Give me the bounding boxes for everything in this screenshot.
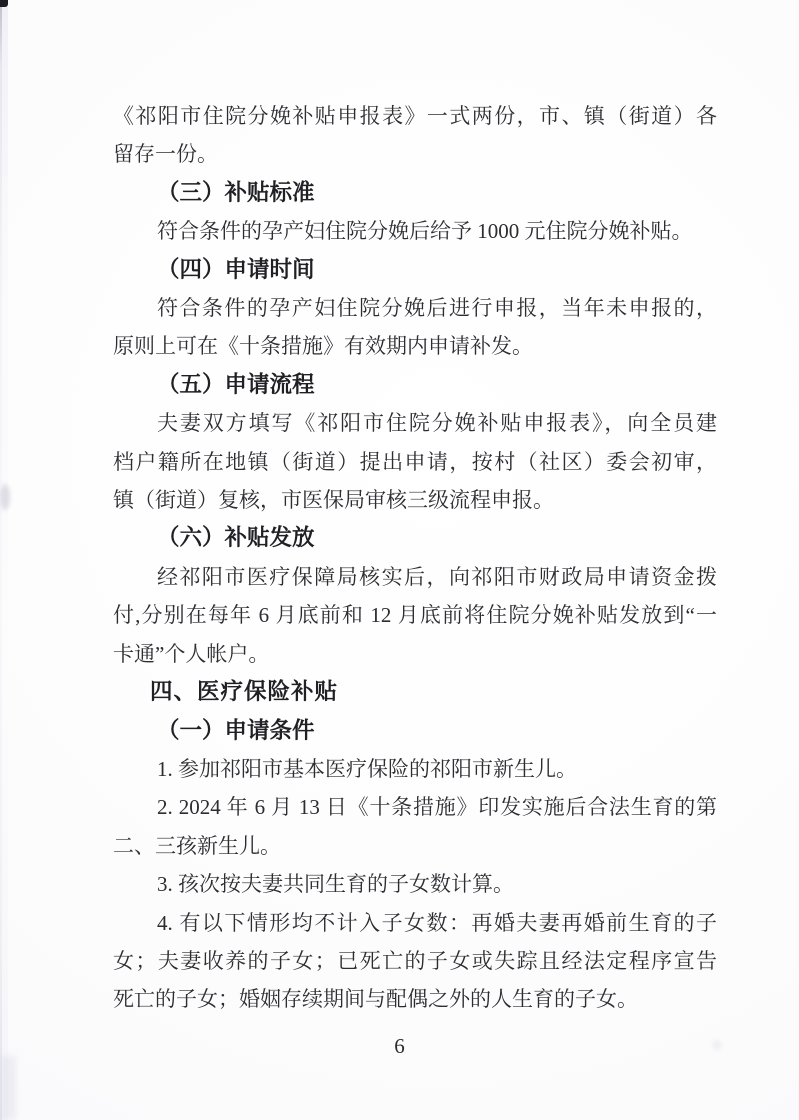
doc-text-line: 死亡的子女；婚姻存续期间与配偶之外的人生育的子女。 bbox=[113, 980, 717, 1018]
doc-text-line: 夫妻双方填写《祁阳市住院分娩补贴申报表》，向全员建 bbox=[113, 404, 717, 442]
scan-edge-band bbox=[2, 0, 8, 1120]
doc-text-line: 留存一份。 bbox=[113, 135, 717, 173]
doc-text-line: 《祁阳市住院分娩补贴申报表》一式两份，市、镇（街道）各 bbox=[113, 97, 717, 135]
scan-corner-mark bbox=[0, 0, 8, 7]
doc-text-line: 二、三孩新生儿。 bbox=[113, 827, 717, 865]
doc-text-line: 符合条件的孕产妇住院分娩后进行申报，当年未申报的， bbox=[113, 289, 717, 327]
doc-text-line: 镇（街道）复核，市医保局审核三级流程申报。 bbox=[113, 481, 717, 519]
section-heading: 四、医疗保险补贴 bbox=[113, 673, 717, 711]
doc-text-line: 符合条件的孕产妇住院分娩后给予 1000 元住院分娩补贴。 bbox=[113, 212, 717, 250]
doc-text-line: 1. 参加祁阳市基本医疗保险的祁阳市新生儿。 bbox=[113, 750, 717, 788]
section-heading: （一）申请条件 bbox=[113, 712, 717, 750]
section-heading: （五）申请流程 bbox=[113, 366, 717, 404]
scan-edge-line bbox=[0, 0, 2, 1120]
doc-text-line: 3. 孩次按夫妻共同生育的子女数计算。 bbox=[113, 865, 717, 903]
doc-text-line: 卡通”个人帐户。 bbox=[113, 635, 717, 673]
doc-text-line: 经祁阳市医疗保障局核实后，向祁阳市财政局申请资金拨 bbox=[113, 558, 717, 596]
scanned-document-page: 《祁阳市住院分娩补贴申报表》一式两份，市、镇（街道）各留存一份。（三）补贴标准符… bbox=[0, 0, 799, 1120]
document-body: 《祁阳市住院分娩补贴申报表》一式两份，市、镇（街道）各留存一份。（三）补贴标准符… bbox=[113, 97, 717, 1019]
doc-text-line: 付,分别在每年 6 月底前和 12 月底前将住院分娩补贴发放到“一 bbox=[113, 596, 717, 634]
scan-smudge-bottom bbox=[0, 1056, 16, 1120]
doc-text-line: 4. 有以下情形均不计入子女数：再婚夫妻再婚前生育的子 bbox=[113, 904, 717, 942]
section-heading: （四）申请时间 bbox=[113, 251, 717, 289]
page-number: 6 bbox=[0, 1033, 799, 1059]
doc-text-line: 原则上可在《十条措施》有效期内申请补发。 bbox=[113, 327, 717, 365]
doc-text-line: 女；夫妻收养的子女；已死亡的子女或失踪且经法定程序宣告 bbox=[113, 942, 717, 980]
section-heading: （三）补贴标准 bbox=[113, 174, 717, 212]
doc-text-line: 档户籍所在地镇（街道）提出申请，按村（社区）委会初审， bbox=[113, 443, 717, 481]
doc-text-line: 2. 2024 年 6 月 13 日《十条措施》印发实施后合法生育的第 bbox=[113, 788, 717, 826]
section-heading: （六）补贴发放 bbox=[113, 519, 717, 557]
scan-smudge-left bbox=[0, 484, 10, 510]
